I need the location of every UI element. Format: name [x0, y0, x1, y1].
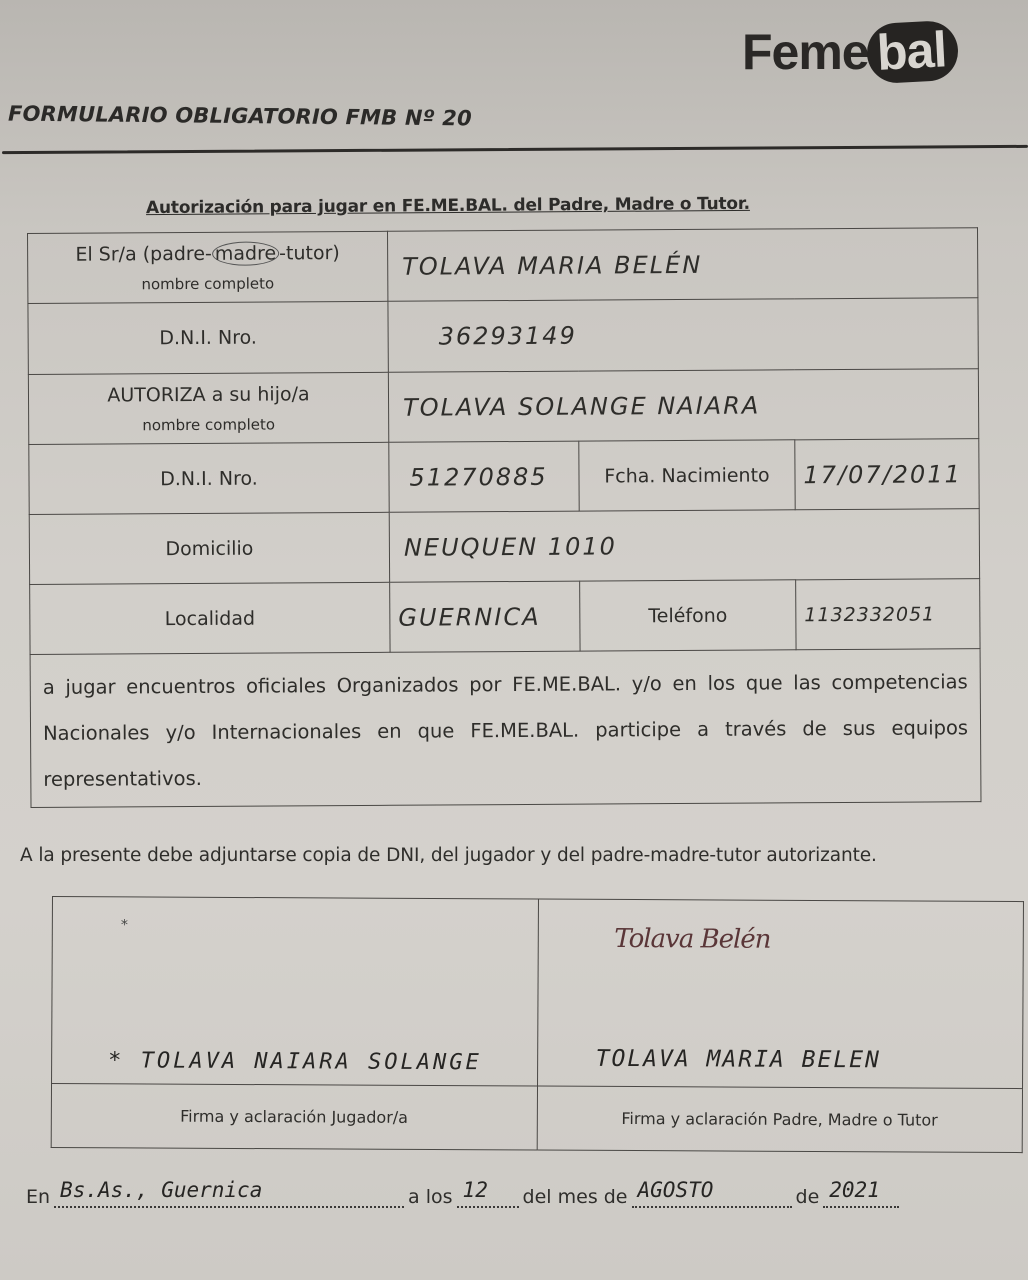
locality-label: Localidad: [30, 582, 390, 654]
year-value: 2021: [829, 1178, 880, 1202]
tutor-name-sublabel: nombre completo: [28, 273, 387, 293]
tutor-signature-box[interactable]: Tolava Belén TOLAVA MARIA BELEN: [537, 899, 1023, 1089]
month-value: AGOSTO: [638, 1178, 714, 1202]
tutor-name-field[interactable]: TOLAVA MARIA BELÉN: [387, 228, 977, 302]
child-name-sublabel: nombre completo: [29, 414, 388, 434]
player-signature-caption: Firma y aclaración Jugador/a: [51, 1084, 537, 1151]
tutor-printed-name: TOLAVA MARIA BELEN: [596, 1046, 881, 1073]
address-field[interactable]: NEUQUEN 1010: [389, 509, 979, 583]
logo-pill: bal: [865, 20, 959, 85]
place-value: Bs.As., Guernica: [60, 1178, 262, 1202]
day-value: 12: [463, 1178, 488, 1202]
address-label: Domicilio: [29, 512, 389, 584]
player-signature-box[interactable]: * * TOLAVA NAIARA SOLANGE: [52, 897, 538, 1087]
birth-date-field[interactable]: 17/07/2011: [795, 439, 979, 510]
tutor-signature: Tolava Belén: [614, 924, 770, 955]
child-name-label: AUTORIZA a su hijo/a nombre completo: [28, 372, 388, 444]
logo-text: Feme: [742, 23, 869, 81]
authorization-table: El Sr/a (padre-madre-tutor) nombre compl…: [27, 227, 981, 808]
tutor-dni-label: D.N.I. Nro.: [28, 301, 388, 374]
date-prefix: En: [26, 1186, 50, 1208]
circled-option: madre: [212, 241, 279, 265]
month-label: del mes de: [523, 1186, 628, 1208]
form-subtitle: Autorización para jugar en FE.ME.BAL. de…: [146, 194, 750, 218]
place-field[interactable]: Bs.As., Guernica: [54, 1186, 404, 1208]
month-field[interactable]: AGOSTO: [632, 1186, 792, 1208]
signature-table: * * TOLAVA NAIARA SOLANGE Tolava Belén T…: [51, 896, 1024, 1153]
locality-field[interactable]: GUERNICA: [390, 581, 580, 652]
birth-date-label: Fcha. Nacimiento: [579, 440, 795, 511]
tutor-dni-field[interactable]: 36293149: [388, 298, 978, 373]
child-name-field[interactable]: TOLAVA SOLANGE NAIARA: [388, 369, 978, 443]
date-place-line: En Bs.As., Guernica a los 12 del mes de …: [26, 1186, 986, 1208]
title-divider: [2, 145, 1028, 154]
tutor-signature-caption: Firma y aclaración Padre, Madre o Tutor: [537, 1086, 1023, 1153]
femebal-logo: Femebal: [742, 22, 958, 82]
child-dni-field[interactable]: 51270885: [389, 441, 579, 512]
day-field[interactable]: 12: [457, 1186, 519, 1208]
year-label: de: [796, 1186, 820, 1208]
form-title: FORMULARIO OBLIGATORIO FMB Nº 20: [8, 102, 472, 131]
phone-field[interactable]: 1132332051: [796, 579, 980, 650]
player-printed-name: * TOLAVA NAIARA SOLANGE: [108, 1048, 482, 1075]
phone-label: Teléfono: [580, 580, 796, 651]
year-field[interactable]: 2021: [823, 1186, 899, 1208]
authorization-paragraph: a jugar encuentros oficiales Organizados…: [30, 649, 981, 808]
child-dni-label: D.N.I. Nro.: [29, 442, 389, 514]
attachment-note: A la presente debe adjuntarse copia de D…: [20, 845, 877, 866]
player-mark: *: [121, 917, 128, 933]
tutor-name-label: El Sr/a (padre-madre-tutor) nombre compl…: [28, 231, 388, 303]
a-los-label: a los: [408, 1186, 453, 1208]
document-page: Femebal FORMULARIO OBLIGATORIO FMB Nº 20…: [0, 0, 1028, 1280]
